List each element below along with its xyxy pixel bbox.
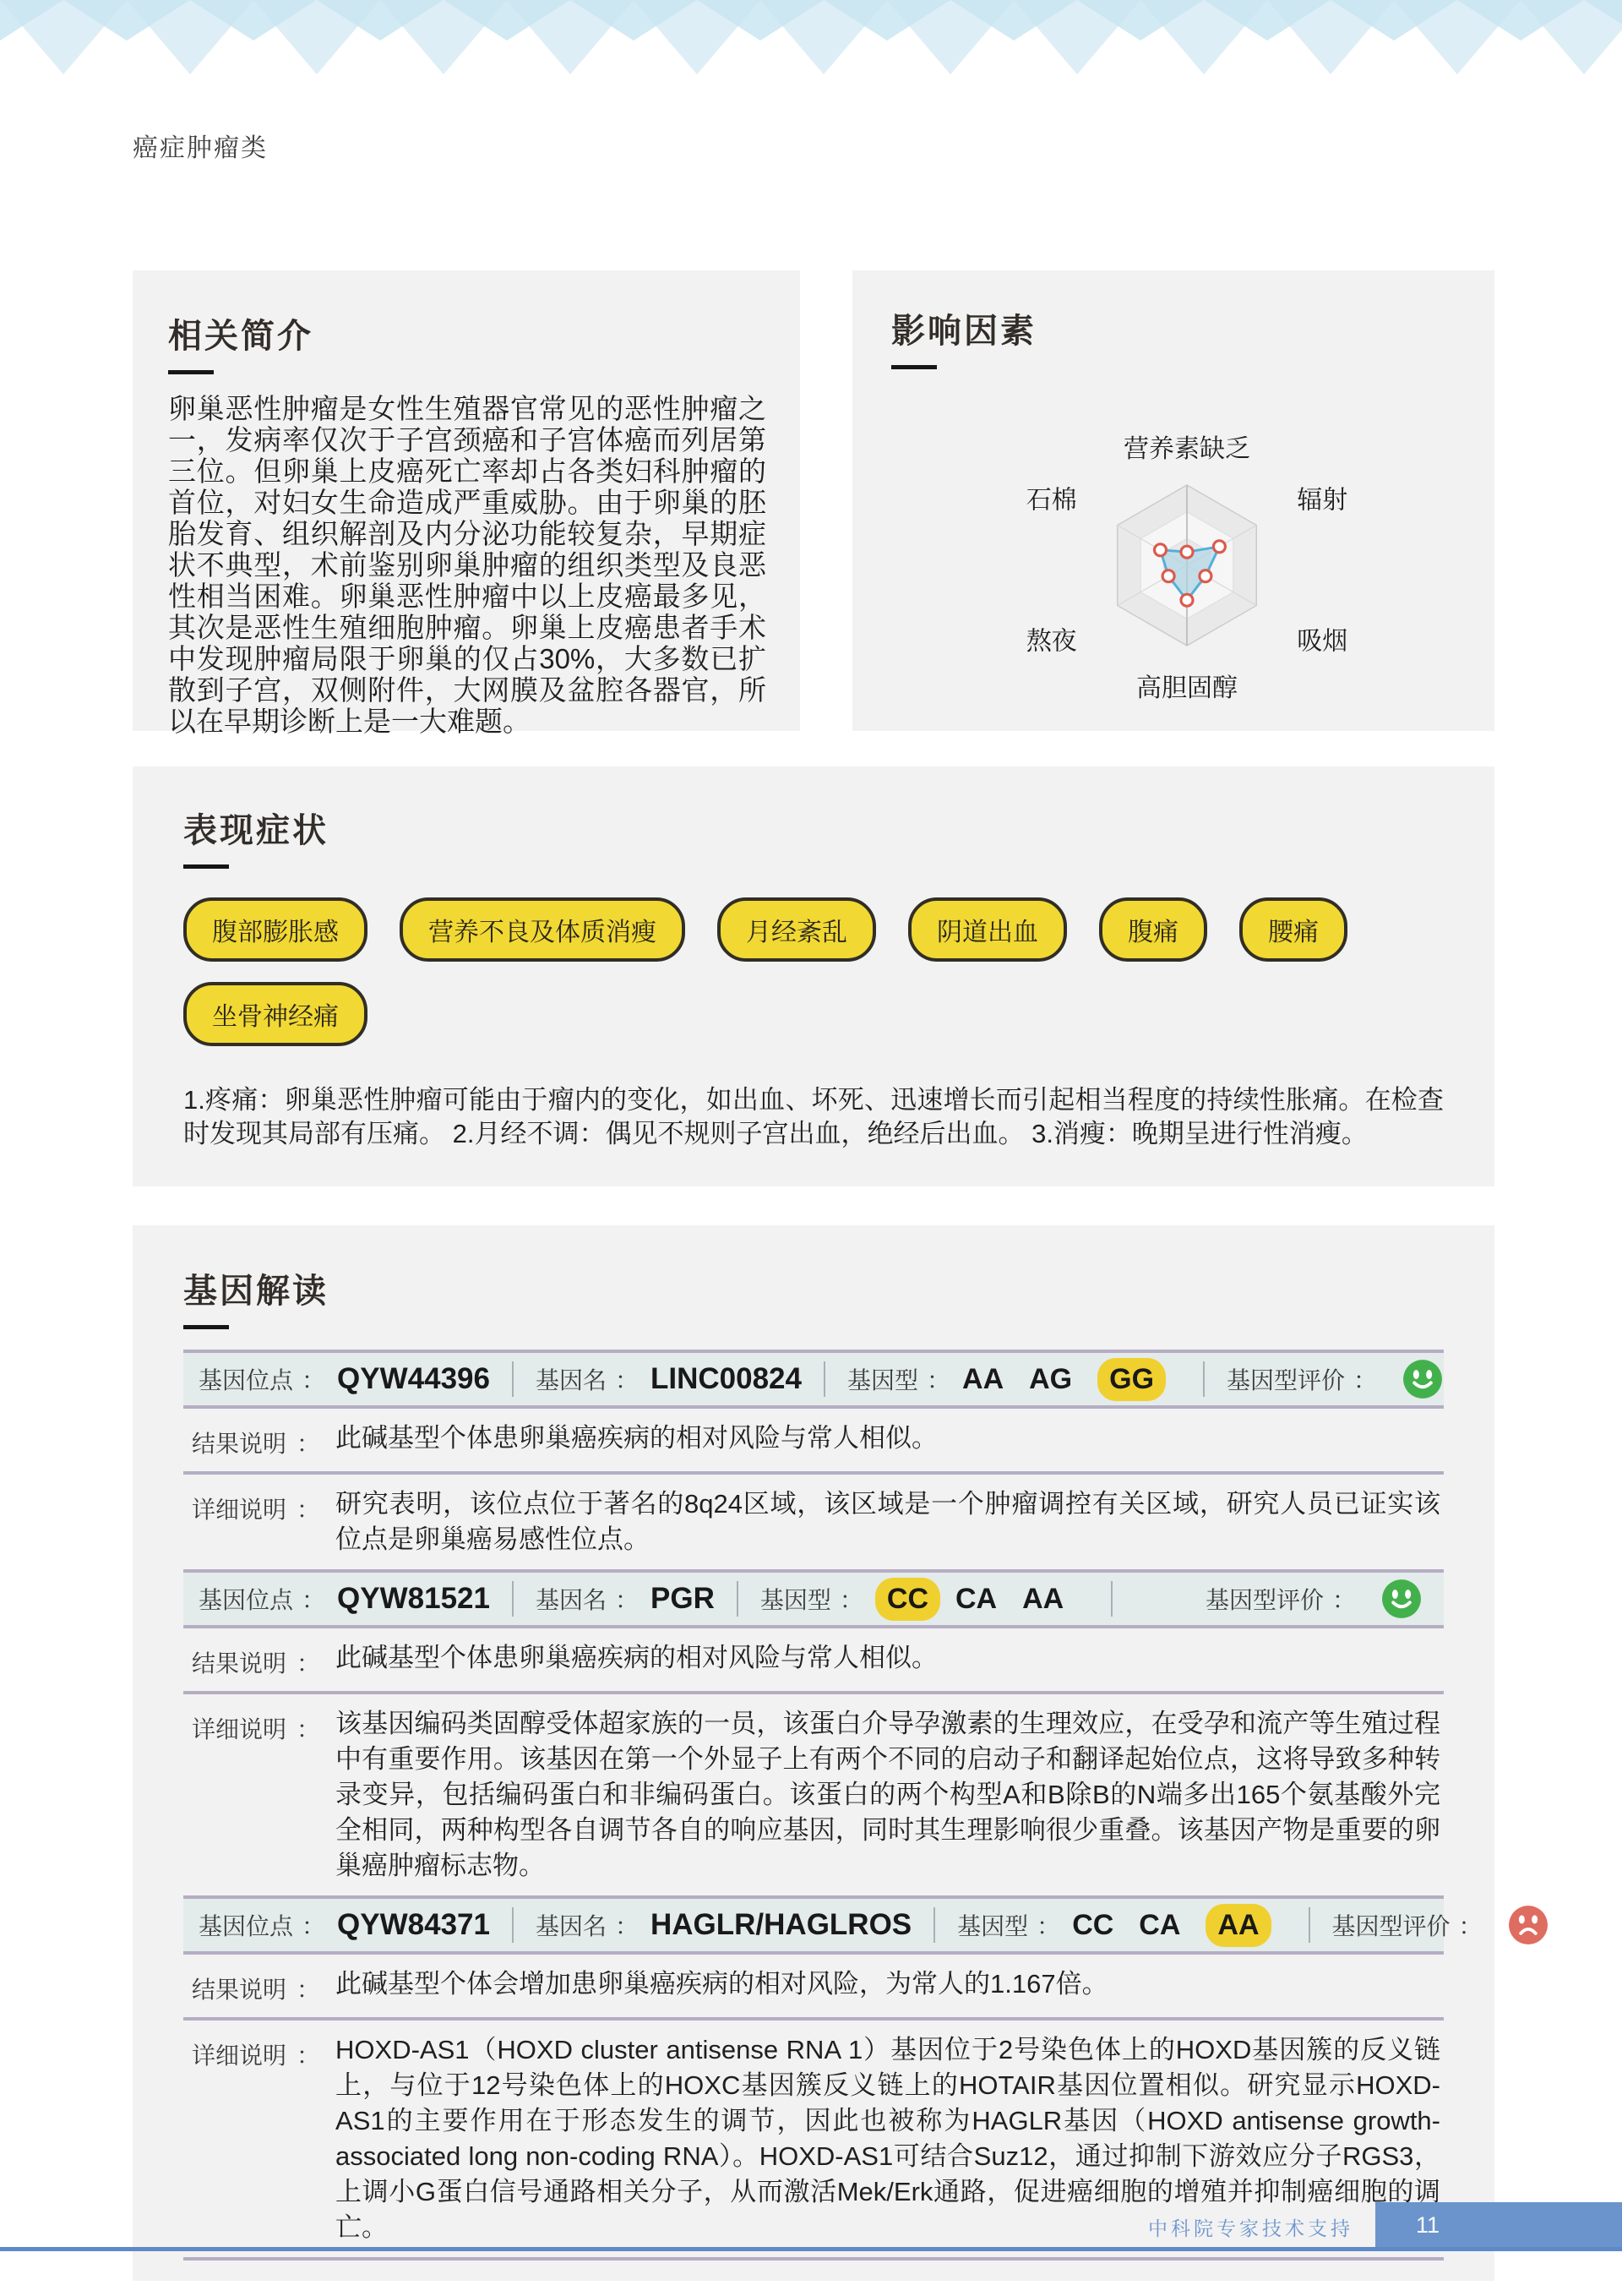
genotype-label: 基因型 [847, 1362, 918, 1396]
result-text: 此碱基型个体会增加患卵巢癌疾病的相对风险，为常人的1.167倍。 [335, 1966, 1440, 2005]
genes-section: 基因解读 基因位点： QYW44396 基因名： LINC00824 基因型： … [133, 1225, 1494, 2281]
colon: ： [615, 1582, 639, 1616]
svg-text:高胆固醇: 高胆固醇 [1136, 674, 1238, 702]
colon: ： [615, 1362, 639, 1396]
vertical-divider [824, 1361, 825, 1397]
symptom-tag: 腹痛 [1099, 897, 1207, 962]
evaluation-label: 基因型评价 [1227, 1362, 1345, 1396]
symptom-tag: 坐骨神经痛 [183, 982, 367, 1046]
colon: ： [297, 1421, 320, 1459]
svg-text:辐射: 辐射 [1297, 487, 1347, 515]
gene-result-row: 结果说明： 此碱基型个体患卵巢癌疾病的相对风险与常人相似。 [183, 1409, 1444, 1471]
svg-text:营养素缺乏: 营养素缺乏 [1124, 435, 1250, 463]
svg-text:吸烟: 吸烟 [1297, 628, 1347, 656]
result-label: 结果说明 [192, 1640, 286, 1679]
result-label: 结果说明 [192, 1421, 286, 1459]
locus-value: QYW81521 [337, 1582, 490, 1616]
genotype-option: CA [1139, 1909, 1180, 1942]
colon: ： [927, 1362, 950, 1396]
decorative-banner [0, 0, 1622, 74]
locus-label: 基因位点 [199, 1582, 293, 1616]
symptoms-description: 1.疼痛：卵巢恶性肿瘤可能由于瘤内的变化，如出血、坏死、迅速增长而引起相当程度的… [183, 1083, 1444, 1151]
detail-text: 该基因编码类固醇受体超家族的一员，该蛋白介导孕激素的生理效应，在受孕和流产等生殖… [335, 1706, 1440, 1884]
radar-chart-wrap: 营养素缺乏辐射吸烟高胆固醇熬夜石棉 [891, 373, 1494, 749]
gene-name-label: 基因名 [536, 1582, 607, 1616]
factors-title: 影响因素 [891, 304, 1494, 352]
genes-title: 基因解读 [183, 1264, 1444, 1312]
good-evaluation-smiley-icon [1402, 1359, 1443, 1399]
genotype-option-highlighted: CC [875, 1578, 940, 1621]
genotype-option: AG [1029, 1363, 1072, 1396]
result-text: 此碱基型个体患卵巢癌疾病的相对风险与常人相似。 [335, 1640, 1440, 1679]
genotype-option: AA [1022, 1583, 1064, 1616]
gene-detail-row: 详细说明： 研究表明，该位点位于著名的8q24区域，该区域是一个肿瘤调控有关区域… [183, 1475, 1444, 1569]
genotype-option: CA [955, 1583, 997, 1616]
colon: ： [302, 1908, 325, 1942]
vertical-divider [1309, 1907, 1310, 1943]
colon: ： [1037, 1908, 1060, 1942]
symptom-tag-row-1: 腹部膨胀感 营养不良及体质消瘦 月经紊乱 阴道出血 腹痛 腰痛 [183, 897, 1444, 962]
gene-name-label: 基因名 [536, 1362, 607, 1396]
vertical-divider [512, 1361, 514, 1397]
symptoms-title-underline [183, 864, 229, 869]
vertical-divider [1111, 1581, 1113, 1617]
vertical-divider [737, 1581, 738, 1617]
gene-rows: 基因位点： QYW44396 基因名： LINC00824 基因型： AA AG… [183, 1350, 1444, 2261]
gene-result-row: 结果说明： 此碱基型个体会增加患卵巢癌疾病的相对风险，为常人的1.167倍。 [183, 1955, 1444, 2017]
colon: ： [840, 1582, 863, 1616]
gene-result-row: 结果说明： 此碱基型个体患卵巢癌疾病的相对风险与常人相似。 [183, 1628, 1444, 1691]
genotype-option-highlighted: GG [1097, 1358, 1166, 1401]
colon: ： [297, 1706, 320, 1884]
footer-divider-line [0, 2247, 1622, 2251]
gene-name-value: PGR [650, 1582, 715, 1616]
vertical-divider [512, 1907, 514, 1943]
detail-label: 详细说明 [192, 1486, 286, 1557]
top-row: 相关简介 卵巢恶性肿瘤是女性生殖器官常见的恶性肿瘤之一，发病率仅次于子宫颈癌和子… [133, 270, 1622, 731]
genotype-option: AA [962, 1363, 1004, 1396]
factors-section: 影响因素 营养素缺乏辐射吸烟高胆固醇熬夜石棉 [852, 270, 1494, 731]
symptoms-title: 表现症状 [183, 804, 1444, 852]
result-label: 结果说明 [192, 1966, 286, 2005]
detail-text: 研究表明，该位点位于著名的8q24区域，该区域是一个肿瘤调控有关区域，研究人员已… [335, 1486, 1440, 1557]
svg-text:石棉: 石棉 [1026, 487, 1077, 515]
evaluation-label: 基因型评价 [1332, 1908, 1451, 1942]
vertical-divider [512, 1581, 514, 1617]
genotype-option-highlighted: AA [1206, 1904, 1271, 1947]
intro-body: 卵巢恶性肿瘤是女性生殖器官常见的恶性肿瘤之一，发病率仅次于子宫颈癌和子宫体癌而列… [168, 393, 766, 737]
locus-label: 基因位点 [199, 1362, 293, 1396]
gene-detail-row: 详细说明： 该基因编码类固醇受体超家族的一员，该蛋白介导孕激素的生理效应，在受孕… [183, 1694, 1444, 1895]
symptoms-section: 表现症状 腹部膨胀感 营养不良及体质消瘦 月经紊乱 阴道出血 腹痛 腰痛 坐骨神… [133, 766, 1494, 1186]
colon: ： [615, 1908, 639, 1942]
colon: ： [1459, 1908, 1483, 1942]
vertical-divider [933, 1907, 935, 1943]
gene-name-value: LINC00824 [650, 1362, 802, 1396]
colon: ： [297, 1486, 320, 1557]
colon: ： [297, 1966, 320, 2005]
locus-value: QYW84371 [337, 1908, 490, 1942]
locus-value: QYW44396 [337, 1362, 490, 1396]
footer-support-text: 中科院专家技术支持 [1148, 2213, 1353, 2241]
colon: ： [1353, 1362, 1377, 1396]
genotype-option: CC [1072, 1909, 1113, 1942]
gene-header-row: 基因位点： QYW84371 基因名： HAGLR/HAGLROS 基因型： C… [183, 1895, 1444, 1955]
colon: ： [297, 1640, 320, 1679]
locus-label: 基因位点 [199, 1908, 293, 1942]
colon: ： [302, 1362, 325, 1396]
symptom-tag: 营养不良及体质消瘦 [400, 897, 685, 962]
symptom-tag: 月经紊乱 [717, 897, 876, 962]
evaluation-label: 基因型评价 [1206, 1582, 1324, 1616]
page-number-badge: 11 [1375, 2202, 1622, 2248]
genes-title-underline [183, 1325, 229, 1329]
vertical-divider [1203, 1361, 1205, 1397]
gene-header-row: 基因位点： QYW44396 基因名： LINC00824 基因型： AA AG… [183, 1350, 1444, 1409]
genotype-label: 基因型 [957, 1908, 1028, 1942]
influence-factors-radar-chart: 营养素缺乏辐射吸烟高胆固醇熬夜石棉 [891, 373, 1483, 749]
factors-title-underline [891, 365, 937, 369]
symptom-tag: 阴道出血 [908, 897, 1067, 962]
detail-label: 详细说明 [192, 1706, 286, 1884]
colon: ： [302, 1582, 325, 1616]
genotype-label: 基因型 [760, 1582, 831, 1616]
detail-label: 详细说明 [192, 2032, 286, 2245]
gene-name-label: 基因名 [536, 1908, 607, 1942]
good-evaluation-smiley-icon [1381, 1579, 1422, 1619]
symptom-tag: 腹部膨胀感 [183, 897, 367, 962]
symptom-tag: 腰痛 [1239, 897, 1347, 962]
bad-evaluation-sad-face-icon [1508, 1905, 1549, 1945]
page-number: 11 [1416, 2212, 1440, 2239]
category-label: 癌症肿瘤类 [133, 127, 1622, 164]
colon: ： [297, 2032, 320, 2245]
svg-text:熬夜: 熬夜 [1026, 628, 1077, 656]
symptom-tag-row-2: 坐骨神经痛 [183, 982, 1444, 1046]
intro-title-underline [168, 370, 214, 374]
intro-section: 相关简介 卵巢恶性肿瘤是女性生殖器官常见的恶性肿瘤之一，发病率仅次于子宫颈癌和子… [133, 270, 800, 731]
result-text: 此碱基型个体患卵巢癌疾病的相对风险与常人相似。 [335, 1421, 1440, 1459]
intro-title: 相关简介 [168, 309, 766, 357]
gene-name-value: HAGLR/HAGLROS [650, 1908, 912, 1942]
colon: ： [1332, 1582, 1356, 1616]
gene-header-row: 基因位点： QYW81521 基因名： PGR 基因型： CC CA AA 基因… [183, 1569, 1444, 1628]
row-separator [183, 2257, 1444, 2261]
